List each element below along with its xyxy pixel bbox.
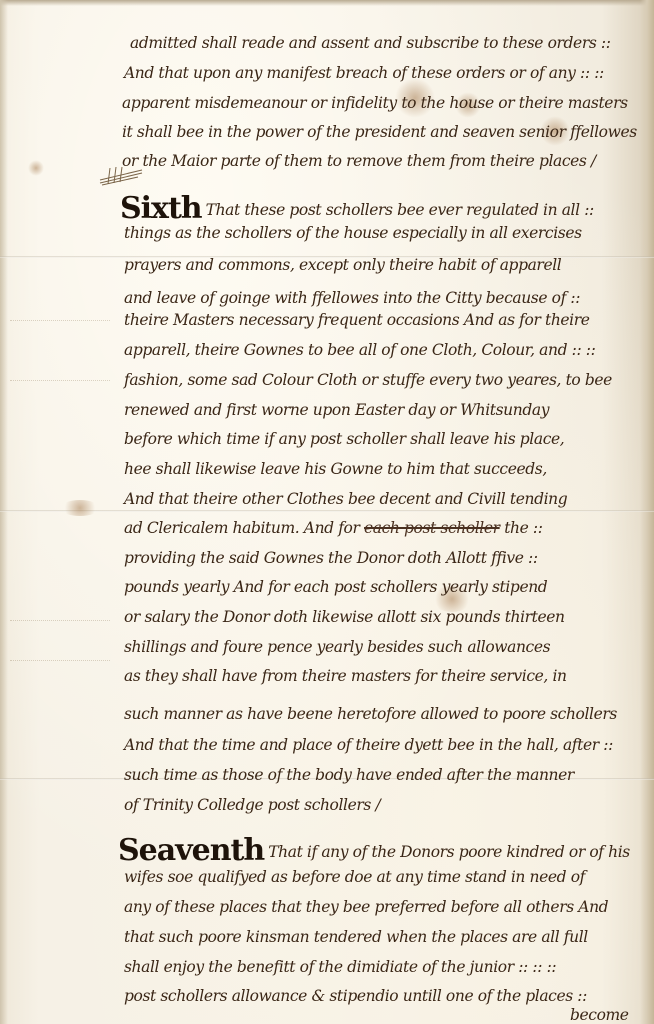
section-heading: Seaventh — [118, 833, 264, 868]
text-line: And that the time and place of theire dy… — [124, 738, 613, 754]
text-line: it shall bee in the power of the preside… — [122, 125, 637, 141]
section-sixth: SixthThat these post schollers bee ever … — [120, 194, 594, 224]
text-line: shillings and foure pence yearly besides… — [124, 640, 550, 656]
struck-through-text: each post scholler — [364, 519, 500, 537]
manuscript-page: admitted shall reade and assent and subs… — [0, 0, 654, 1024]
text-line: and leave of goinge with ffellowes into … — [124, 291, 580, 307]
section-seaventh: SeaventhThat if any of the Donors poore … — [118, 836, 630, 866]
text-line: providing the said Gownes the Donor doth… — [124, 551, 538, 567]
text-line: things as the schollers of the house esp… — [124, 226, 582, 242]
text-line: shall enjoy the benefitt of the dimidiat… — [124, 960, 556, 976]
text-segment: ad Clericalem habitum. And for — [124, 519, 360, 537]
section-heading: Sixth — [120, 191, 202, 226]
text-line: pounds yearly And for each post scholler… — [124, 580, 547, 596]
text-line: apparell, theire Gownes to bee all of on… — [124, 343, 595, 359]
text-line: such manner as have beene heretofore all… — [124, 707, 617, 723]
text-line: renewed and first worne upon Easter day … — [124, 403, 549, 419]
catchword: become — [570, 1008, 629, 1024]
text-line: as they shall have from theire masters f… — [124, 669, 567, 685]
manuscript-text: admitted shall reade and assent and subs… — [0, 0, 654, 1024]
text-line: And that theire other Clothes bee decent… — [124, 492, 567, 508]
text-line: or the Maior parte of them to remove the… — [122, 154, 596, 170]
text-line: that such poore kinsman tendered when th… — [124, 930, 588, 946]
text-line: hee shall likewise leave his Gowne to hi… — [124, 462, 547, 478]
text-line: of Trinity Colledge post schollers / — [124, 798, 380, 814]
text-line: wifes soe qualifyed as before doe at any… — [124, 870, 585, 886]
text-line: such time as those of the body have ende… — [124, 768, 574, 784]
text-line: or salary the Donor doth likewise allott… — [124, 610, 565, 626]
text-line: prayers and commons, except only theire … — [124, 258, 561, 274]
text-line: admitted shall reade and assent and subs… — [130, 36, 611, 52]
text-line: any of these places that they bee prefer… — [124, 900, 608, 916]
text-line: apparent misdemeanour or infidelity to t… — [122, 96, 628, 112]
text-line: And that upon any manifest breach of the… — [124, 66, 604, 82]
text-line: fashion, some sad Colour Cloth or stuffe… — [124, 373, 612, 389]
text-line: post schollers allowance & stipendio unt… — [124, 989, 587, 1005]
text-line: That these post schollers bee ever regul… — [206, 201, 594, 219]
text-line: theire Masters necessary frequent occasi… — [124, 313, 590, 329]
text-segment: the :: — [504, 519, 542, 537]
text-line: ad Clericalem habitum. And for each post… — [124, 521, 543, 537]
text-line: before which time if any post scholler s… — [124, 432, 564, 448]
text-line: That if any of the Donors poore kindred … — [268, 843, 630, 861]
